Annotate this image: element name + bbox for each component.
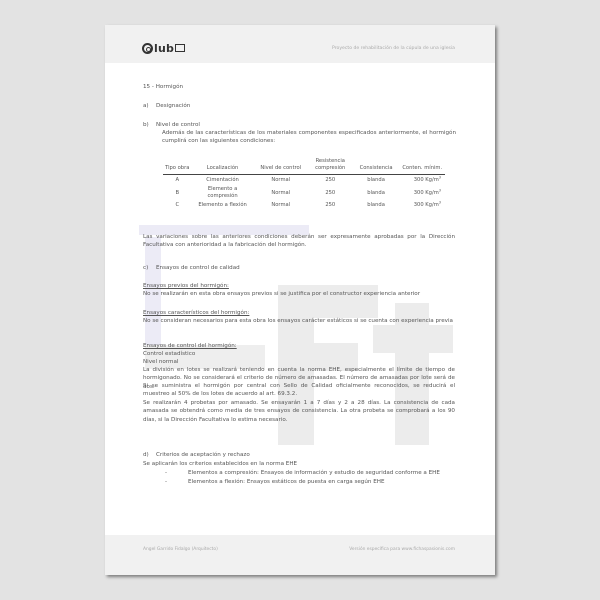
cell-value: 300 Kg/m — [414, 177, 439, 183]
bullet-text: Elementos a compresión: Ensayos de infor… — [188, 469, 440, 477]
cell: C — [163, 200, 192, 211]
control-intro: Además de las características de los mat… — [162, 129, 456, 146]
conditions-table: Tipo obra Localización Nivel de control … — [163, 158, 445, 211]
table-row: B Elemento a compresión Normal 250 bland… — [163, 186, 445, 200]
club-c-icon — [142, 43, 153, 54]
cell: blanda — [353, 175, 400, 187]
bullet-mark: - — [165, 478, 167, 486]
cell-exponent: 3 — [439, 188, 441, 192]
cell: Elemento a flexión — [192, 200, 254, 211]
cell: Normal — [254, 186, 308, 200]
item-label: Designación — [156, 103, 190, 109]
column-header: Nivel de control — [254, 158, 308, 175]
club-logo: lub — [142, 41, 185, 55]
table-row: A Cimentación Normal 250 blanda 300 Kg/m… — [163, 175, 445, 187]
table-header-row: Tipo obra Localización Nivel de control … — [163, 158, 445, 175]
cell: blanda — [353, 200, 400, 211]
bullet-text: Elementos a flexión: Ensayos estáticos d… — [188, 478, 385, 486]
item-a: a)Designación — [143, 102, 455, 110]
cell: 250 — [308, 175, 353, 187]
cell: Normal — [254, 175, 308, 187]
item-c: c)Ensayos de control de calidad — [143, 264, 455, 272]
prev-tests-text: No se realizarán en esta obra ensayos pr… — [143, 290, 455, 298]
document-page: lub Proyecto de rehabilitación de la cúp… — [105, 25, 495, 575]
cell: blanda — [353, 186, 400, 200]
cell: Elemento a compresión — [192, 186, 254, 200]
item-d: d)Criterios de aceptación y rechazo — [143, 451, 455, 459]
item-label: Ensayos de control de calidad — [156, 265, 240, 271]
footer-version-note: Versión específica para www.fichaspasion… — [349, 547, 455, 552]
char-tests-text: No se consideran necesarios para esta ob… — [143, 317, 455, 325]
column-header: Tipo obra — [163, 158, 192, 175]
cell-exponent: 3 — [439, 200, 441, 204]
cell: A — [163, 175, 192, 187]
cell-value: 300 Kg/m — [414, 190, 439, 196]
column-header: Resistencia compresión — [308, 158, 353, 175]
cell: Cimentación — [192, 175, 254, 187]
item-letter: a) — [143, 102, 156, 110]
cell: 300 Kg/m3 — [399, 200, 445, 211]
section-title: 15 - Hormigón — [143, 83, 455, 91]
cell: Normal — [254, 200, 308, 211]
variations-note: Las variaciones sobre las anteriores con… — [143, 233, 455, 250]
cell: 300 Kg/m3 — [399, 186, 445, 200]
document-title: Proyecto de rehabilitación de la cúpula … — [332, 46, 455, 51]
item-letter: d) — [143, 451, 156, 459]
item-label: Criterios de aceptación y rechazo — [156, 452, 250, 458]
cell: B — [163, 186, 192, 200]
footer-author: Angel Garrido Fidalgo (Arquitecto) — [143, 547, 218, 552]
cell-value: 300 Kg/m — [414, 202, 439, 208]
acceptance-intro: Se aplicarán los criterios establecidos … — [143, 460, 455, 468]
column-header: Localización — [192, 158, 254, 175]
column-header: Consistencia — [353, 158, 400, 175]
control-para-3: Se realizarán 4 probetas por amasado. Se… — [143, 399, 455, 424]
logo-text: lub — [154, 42, 174, 55]
item-letter: c) — [143, 264, 156, 272]
cell: 250 — [308, 186, 353, 200]
item-letter: b) — [143, 121, 156, 129]
cell: 300 Kg/m3 — [399, 175, 445, 187]
page-footer: Angel Garrido Fidalgo (Arquitecto) Versi… — [105, 535, 495, 575]
bullet-mark: - — [165, 469, 167, 477]
cell-exponent: 3 — [439, 175, 441, 179]
table-row: C Elemento a flexión Normal 250 blanda 3… — [163, 200, 445, 211]
column-header: Conten. mínim. — [399, 158, 445, 175]
page-header: lub Proyecto de rehabilitación de la cúp… — [105, 25, 495, 63]
ft-box-icon — [175, 44, 185, 52]
item-label: Nivel de control — [156, 122, 200, 128]
cell: 250 — [308, 200, 353, 211]
control-para-2: Si se suministra el hormigón por central… — [143, 382, 455, 399]
